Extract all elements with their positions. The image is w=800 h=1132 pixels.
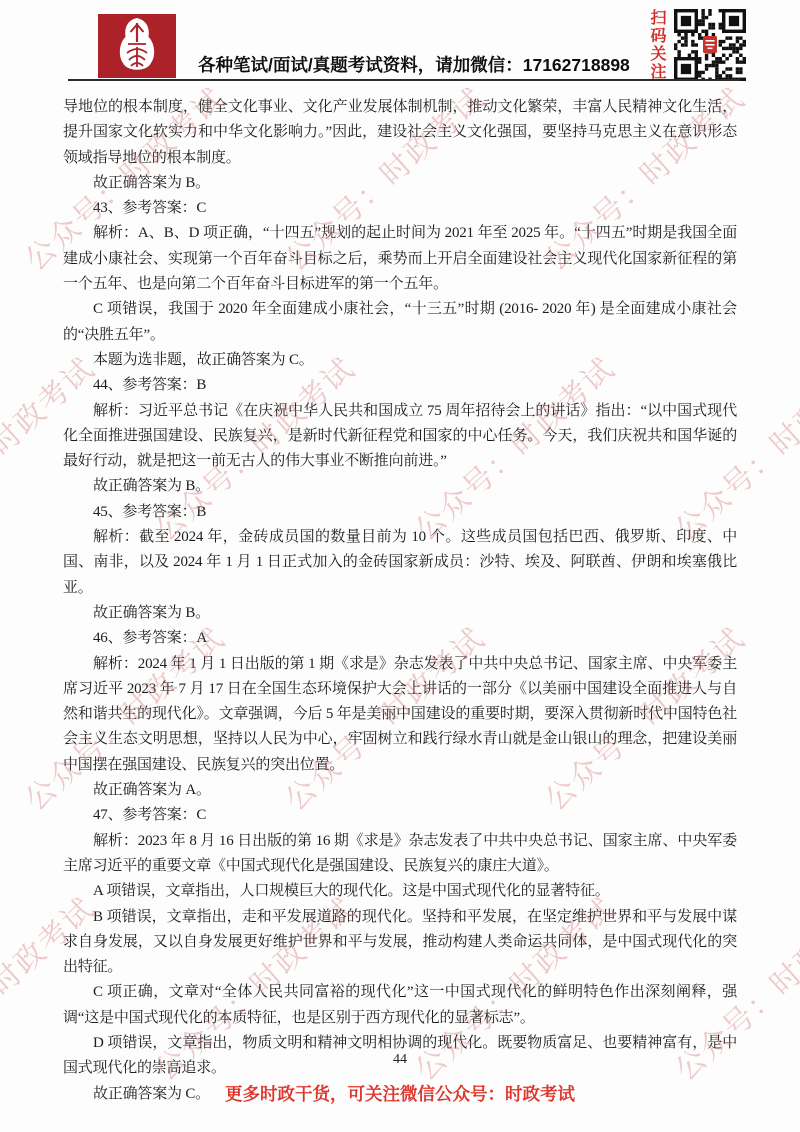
paragraph: C 项正确，文章对“全体人民共同富裕的现代化”这一中国式现代化的鲜明特色作出深刻… [63, 980, 737, 1031]
paragraph: 故正确答案为 B。 [63, 601, 737, 626]
paragraph: 解析：截至 2024 年，金砖成员国的数量目前为 10 个。这些成员国包括巴西、… [63, 525, 737, 601]
body-text: 导地位的根本制度，健全文化事业、文化产业发展体制机制，推动文化繁荣，丰富人民精神… [63, 95, 737, 1107]
paragraph: B 项错误，文章指出，走和平发展道路的现代化。坚持和平发展，在坚定维护世界和平与… [63, 905, 737, 981]
paragraph: 解析：A、B、D 项正确，“十四五”规划的起止时间为 2021 年至 2025 … [63, 221, 737, 297]
document-page: 公众号：时政考试公众号：时政考试公众号：时政考试公众号：时政考试公众号：时政考试… [0, 0, 800, 1132]
paragraph: 故正确答案为 B。 [63, 474, 737, 499]
paragraph: C 项错误，我国于 2020 年全面建成小康社会，“十三五”时期 (2016- … [63, 297, 737, 348]
paragraph: 47、参考答案：C [63, 803, 737, 828]
paragraph: 解析：2024 年 1 月 1 日出版的第 1 期《求是》杂志发表了中共中央总书… [63, 652, 737, 778]
page-number: 44 [0, 1052, 800, 1068]
paragraph: 44、参考答案：B [63, 373, 737, 398]
paragraph: 故正确答案为 B。 [63, 171, 737, 196]
watermark-text: 公众号：时政考试 [793, 75, 800, 279]
watermark-text: 公众号：时政考试 [793, 615, 800, 819]
scan-caption: 扫码关注 [645, 9, 668, 83]
paragraph: A 项错误，文章指出，人口规模巨大的现代化。这是中国式现代化的显著特征。 [63, 879, 737, 904]
paragraph: 43、参考答案：C [63, 196, 737, 221]
header-divider [68, 79, 740, 81]
paragraph: 解析：习近平总书记《在庆祝中华人民共和国成立 75 周年招待会上的讲话》指出：“… [63, 399, 737, 475]
paragraph: 故正确答案为 A。 [63, 778, 737, 803]
paragraph: 本题为选非题，故正确答案为 C。 [63, 348, 737, 373]
qr-code [674, 9, 746, 81]
page-header: 各种笔试/面试/真题考试资料，请加微信：17162718898 扫码关注 [0, 0, 800, 82]
paragraph: 45、参考答案：B [63, 500, 737, 525]
brand-logo-icon [98, 14, 176, 78]
paragraph: 解析：2023 年 8 月 16 日出版的第 16 期《求是》杂志发表了中共中央… [63, 829, 737, 880]
paragraph: 导地位的根本制度，健全文化事业、文化产业发展体制机制，推动文化繁荣，丰富人民精神… [63, 95, 737, 171]
header-contact-line: 各种笔试/面试/真题考试资料，请加微信：17162718898 [198, 52, 630, 77]
footer-promo: 更多时政干货，可关注微信公众号：时政考试 [0, 1081, 800, 1106]
paragraph: 46、参考答案：A [63, 626, 737, 651]
